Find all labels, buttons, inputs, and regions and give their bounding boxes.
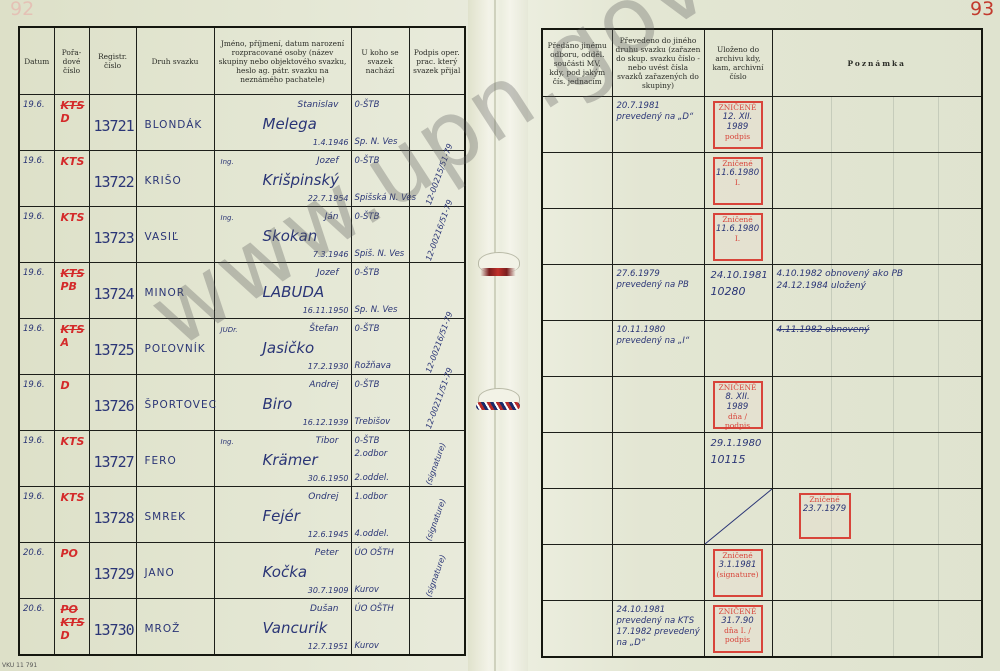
cell-note bbox=[772, 601, 982, 658]
cell-reg: 13721 bbox=[89, 95, 136, 151]
register-row: 20.6. PO 13729 JANO Peter Kočka 30.7.190… bbox=[19, 543, 465, 599]
officer-signature: 12-00216/51-79 bbox=[424, 198, 455, 262]
stamp-sub: I. bbox=[715, 178, 761, 187]
cell-date: 19.6. bbox=[19, 263, 54, 319]
cell-person: JUDr. Štefan Jasičko 17.2.1930 bbox=[214, 319, 351, 375]
person-birth-date: 30.7.1909 bbox=[308, 586, 349, 595]
person-birth-date: 12.6.1945 bbox=[308, 530, 349, 539]
cell-codename: SMREK bbox=[136, 487, 214, 543]
cell-signature: 12-00215/51-79 bbox=[409, 151, 465, 207]
register-row: 19.6. KTSPB 13724 MINOR Jozef LABUDA 16.… bbox=[19, 263, 465, 319]
cell-signature: (signature) bbox=[409, 431, 465, 487]
file-codename: BLONDÁK bbox=[145, 119, 203, 131]
cell-code: KTS bbox=[54, 151, 89, 207]
person-first-name: Dušan bbox=[310, 604, 339, 614]
person-first-name: Ondrej bbox=[308, 492, 338, 502]
cell-converted bbox=[612, 209, 704, 265]
holder-unit: 0-ŠTB bbox=[355, 212, 380, 222]
cell-person: Ondrej Fejér 12.6.1945 bbox=[214, 487, 351, 543]
cell-archive: 24.10.1981 10280 bbox=[704, 265, 772, 321]
print-mark: VKU 11 791 bbox=[2, 662, 37, 669]
header-poradove-cislo: Pořa-dové číslo bbox=[54, 27, 89, 95]
person-first-name: Tibor bbox=[316, 436, 339, 446]
stamp-date: 3.1.1981 bbox=[715, 560, 761, 570]
stamp-sub: dňa / podpis bbox=[715, 412, 761, 430]
cell-reg: 13724 bbox=[89, 263, 136, 319]
cell-date: 19.6. bbox=[19, 151, 54, 207]
register-row: 20.6. POKTSD 13730 MROŽ Dušan Vancurik 1… bbox=[19, 599, 465, 656]
cell-note: Zničené 23.7.1979 bbox=[772, 489, 982, 545]
cell-reg: 13725 bbox=[89, 319, 136, 375]
registration-number: 13723 bbox=[94, 229, 134, 247]
cell-code: KTSA bbox=[54, 319, 89, 375]
file-codename: MINOR bbox=[145, 287, 186, 299]
stamp-label: ZNIČENÉ bbox=[715, 383, 761, 392]
entry-date: 19.6. bbox=[23, 436, 45, 446]
left-page-number: 92 bbox=[10, 0, 34, 20]
file-codename: VASIĽ bbox=[145, 231, 179, 243]
cell-reg: 13729 bbox=[89, 543, 136, 599]
person-first-name: Peter bbox=[315, 548, 339, 558]
archive-number: 10280 bbox=[711, 285, 746, 298]
note-line: 4.10.1982 obnovený ako PB bbox=[777, 269, 904, 279]
case-type-code: PO bbox=[61, 603, 85, 616]
cell-handed-over bbox=[542, 433, 612, 489]
cell-holder: 0-ŠTB Rožňava bbox=[351, 319, 409, 375]
entry-date: 19.6. bbox=[23, 100, 45, 110]
entry-date: 19.6. bbox=[23, 380, 45, 390]
entry-date: 20.6. bbox=[23, 548, 45, 558]
cell-archive bbox=[704, 489, 772, 545]
holder-unit: 0-ŠTB bbox=[355, 436, 380, 446]
cell-converted bbox=[612, 489, 704, 545]
holder-subunit: 2.odbor bbox=[355, 449, 388, 459]
cell-codename: JANO bbox=[136, 543, 214, 599]
cell-archive: ZNIČENÉ 12. XII. 1989 podpis bbox=[704, 97, 772, 153]
cell-converted: 20.7.1981 prevedený na „D“ bbox=[612, 97, 704, 153]
cell-signature: 12-00211/51-79 bbox=[409, 375, 465, 431]
case-type-code: KTS bbox=[61, 435, 85, 448]
cell-converted bbox=[612, 433, 704, 489]
cell-archive: ZNIČENÉ 8. XII. 1989 dňa / podpis bbox=[704, 377, 772, 433]
person-surname: Krišpinský bbox=[263, 171, 340, 189]
person-first-name: Jozef bbox=[317, 156, 339, 166]
person-birth-date: 17.2.1930 bbox=[308, 362, 349, 371]
cell-archive: Zničené 11.6.1980 I. bbox=[704, 209, 772, 265]
case-type: D bbox=[61, 379, 70, 392]
cell-date: 19.6. bbox=[19, 319, 54, 375]
register-row-continued: 20.7.1981 prevedený na „D“ ZNIČENÉ 12. X… bbox=[542, 97, 982, 153]
destroyed-stamp: Zničené 3.1.1981 (signature) bbox=[713, 549, 763, 597]
stamp-label: Zničené bbox=[715, 551, 761, 560]
cell-date: 19.6. bbox=[19, 375, 54, 431]
cell-note bbox=[772, 209, 982, 265]
register-row: 19.6. KTS 13722 KRIŠO Ing. Jozef Krišpin… bbox=[19, 151, 465, 207]
cell-note: 4.11.1982 obnovený bbox=[772, 321, 982, 377]
holder-location: Sp. N. Ves bbox=[355, 137, 398, 147]
register-row-continued: 10.11.1980 prevedený na „I“ 4.11.1982 ob… bbox=[542, 321, 982, 377]
destroyed-stamp: Zničené 11.6.1980 I. bbox=[713, 157, 763, 205]
person-surname: Skokan bbox=[263, 227, 318, 245]
holder-unit: 0-ŠTB bbox=[355, 324, 380, 334]
header-podpis: Podpis oper. prac. který svazek přijal bbox=[409, 27, 465, 95]
person-first-name: Andrej bbox=[309, 380, 338, 390]
cell-holder: 0-ŠTB Spiš. N. Ves bbox=[351, 207, 409, 263]
person-birth-date: 12.7.1951 bbox=[308, 642, 349, 651]
header-u-koho: U koho se svazek nachází bbox=[351, 27, 409, 95]
file-codename: MROŽ bbox=[145, 623, 181, 635]
cell-person: Ing. Tibor Krämer 30.6.1950 bbox=[214, 431, 351, 487]
register-row-continued: Zničené 3.1.1981 (signature) bbox=[542, 545, 982, 601]
note-line: 24.12.1984 uložený bbox=[777, 281, 866, 291]
cell-handed-over bbox=[542, 545, 612, 601]
person-surname: Jasičko bbox=[263, 339, 315, 357]
stamp-sub: I. bbox=[715, 234, 761, 243]
cell-holder: 0-ŠTB Sp. N. Ves bbox=[351, 263, 409, 319]
cell-converted: 27.6.1979 prevedený na PB bbox=[612, 265, 704, 321]
cell-code: KTS bbox=[54, 431, 89, 487]
register-row: 19.6. D 13726 ŠPORTOVEC Andrej Biro 16.1… bbox=[19, 375, 465, 431]
case-type-code: KTS bbox=[61, 211, 85, 224]
person-first-name: Ján bbox=[325, 212, 339, 222]
entry-date: 19.6. bbox=[23, 212, 45, 222]
case-type-code: D bbox=[61, 629, 85, 642]
cell-note bbox=[772, 433, 982, 489]
cell-signature: 12-00216/51-79 bbox=[409, 207, 465, 263]
person-title: Ing. bbox=[221, 438, 234, 446]
registration-number: 13725 bbox=[94, 341, 134, 359]
cell-reg: 13728 bbox=[89, 487, 136, 543]
register-row-continued: Zničené 11.6.1980 I. bbox=[542, 209, 982, 265]
cell-archive: 29.1.1980 10115 bbox=[704, 433, 772, 489]
cell-converted bbox=[612, 545, 704, 601]
holder-unit: ÚO OŠTH bbox=[355, 604, 394, 614]
register-row: 19.6. KTS 13727 FERO Ing. Tibor Krämer 3… bbox=[19, 431, 465, 487]
converted-text: 20.7.1981 prevedený na „D“ bbox=[617, 101, 703, 123]
holder-unit: 0-ŠTB bbox=[355, 380, 380, 390]
right-header-row: Předáno jinému odboru, odděl. součásti M… bbox=[542, 29, 982, 97]
header-predano: Předáno jinému odboru, odděl. součásti M… bbox=[542, 29, 612, 97]
stamp-label: Zničené bbox=[715, 215, 761, 224]
stamp-date: 12. XII. 1989 bbox=[715, 112, 761, 132]
case-type-code: D bbox=[61, 112, 85, 125]
person-birth-date: 30.6.1950 bbox=[308, 474, 349, 483]
cell-date: 19.6. bbox=[19, 207, 54, 263]
case-type: KTSA bbox=[61, 323, 85, 349]
file-codename: ŠPORTOVEC bbox=[145, 399, 217, 411]
person-first-name: Štefan bbox=[309, 324, 338, 334]
stamp-sub: dňa I. / podpis bbox=[715, 626, 761, 644]
cell-holder: 0-ŠTB Sp. N. Ves bbox=[351, 95, 409, 151]
cell-holder: 1.odbor 4.oddel. bbox=[351, 487, 409, 543]
person-title: JUDr. bbox=[221, 326, 238, 334]
holder-location: 2.oddel. bbox=[355, 473, 389, 483]
person-birth-date: 7.3.1946 bbox=[313, 250, 349, 259]
converted-text: 24.10.1981 prevedený na KTS 17.1982 prev… bbox=[617, 605, 703, 649]
holder-location: 4.oddel. bbox=[355, 529, 389, 539]
stamp-date: 31.7.90 bbox=[715, 616, 761, 626]
stamp-date: 23.7.1979 bbox=[801, 504, 849, 514]
holder-unit: ÚO OŠTH bbox=[355, 548, 394, 558]
officer-signature: (signature) bbox=[424, 442, 448, 487]
cell-date: 19.6. bbox=[19, 487, 54, 543]
cell-handed-over bbox=[542, 265, 612, 321]
destroyed-stamp: ZNIČENÉ 12. XII. 1989 podpis bbox=[713, 101, 763, 149]
cell-archive: Zničené 3.1.1981 (signature) bbox=[704, 545, 772, 601]
header-registr-cislo: Registr. číslo bbox=[89, 27, 136, 95]
person-birth-date: 16.11.1950 bbox=[303, 306, 349, 315]
cell-handed-over bbox=[542, 209, 612, 265]
holder-location: Trebišov bbox=[355, 417, 391, 427]
cell-signature bbox=[409, 263, 465, 319]
cell-handed-over bbox=[542, 97, 612, 153]
register-row-continued: Zničené 23.7.1979 bbox=[542, 489, 982, 545]
registration-number: 13728 bbox=[94, 509, 134, 527]
register-row-continued: 27.6.1979 prevedený na PB 24.10.1981 102… bbox=[542, 265, 982, 321]
cell-holder: ÚO OŠTH Kurov bbox=[351, 599, 409, 656]
stamp-label: Zničené bbox=[801, 495, 849, 504]
header-jmeno: Jméno, příjmení, datum narození rozpraco… bbox=[214, 27, 351, 95]
binding-thread-top bbox=[476, 268, 520, 276]
person-surname: Krämer bbox=[263, 451, 318, 469]
case-type-code: D bbox=[61, 379, 70, 392]
stamp-date: 11.6.1980 bbox=[715, 168, 761, 178]
case-type: KTS bbox=[61, 491, 85, 504]
case-type: KTSPB bbox=[61, 267, 85, 293]
cell-code: KTSPB bbox=[54, 263, 89, 319]
cell-codename: ŠPORTOVEC bbox=[136, 375, 214, 431]
person-birth-date: 1.4.1946 bbox=[313, 138, 349, 147]
case-type: KTSD bbox=[61, 99, 85, 125]
cell-holder: 0-ŠTB Spišská N. Ves bbox=[351, 151, 409, 207]
person-surname: Biro bbox=[263, 395, 293, 413]
cell-handed-over bbox=[542, 489, 612, 545]
cell-handed-over bbox=[542, 153, 612, 209]
cell-note bbox=[772, 153, 982, 209]
file-codename: KRIŠO bbox=[145, 175, 182, 187]
holder-unit: 0-ŠTB bbox=[355, 268, 380, 278]
cell-date: 20.6. bbox=[19, 599, 54, 656]
person-birth-date: 22.7.1954 bbox=[308, 194, 349, 203]
cell-date: 19.6. bbox=[19, 95, 54, 151]
case-type-code: KTS bbox=[61, 491, 85, 504]
holder-location: Spišská N. Ves bbox=[355, 193, 417, 203]
officer-signature: 12-00215/51-79 bbox=[424, 142, 455, 206]
binding-thread-bottom bbox=[476, 402, 520, 410]
cell-signature bbox=[409, 95, 465, 151]
page-fold bbox=[494, 0, 496, 671]
holder-location: Kurov bbox=[355, 641, 379, 651]
case-type: KTS bbox=[61, 211, 85, 224]
holder-location: Spiš. N. Ves bbox=[355, 249, 405, 259]
registration-number: 13727 bbox=[94, 453, 134, 471]
file-codename: POĽOVNÍK bbox=[145, 343, 206, 355]
cell-codename: MROŽ bbox=[136, 599, 214, 656]
note-struck: 4.11.1982 obnovený bbox=[777, 325, 870, 335]
register-row: 19.6. KTS 13723 VASIĽ Ing. Ján Skokan 7.… bbox=[19, 207, 465, 263]
cell-handed-over bbox=[542, 321, 612, 377]
cell-holder: 0-ŠTB Trebišov bbox=[351, 375, 409, 431]
cell-holder: ÚO OŠTH Kurov bbox=[351, 543, 409, 599]
register-row: 19.6. KTSA 13725 POĽOVNÍK JUDr. Štefan J… bbox=[19, 319, 465, 375]
archive-date: 24.10.1981 bbox=[711, 270, 768, 281]
stamp-label: Zničené bbox=[715, 159, 761, 168]
stamp-sub: (signature) bbox=[715, 570, 761, 579]
converted-text: 10.11.1980 prevedený na „I“ bbox=[617, 325, 703, 347]
person-surname: LABUDA bbox=[263, 283, 325, 301]
stamp-sub: podpis bbox=[715, 132, 761, 141]
cell-person: Dušan Vancurik 12.7.1951 bbox=[214, 599, 351, 656]
cell-signature: 12-00216/51-79 bbox=[409, 319, 465, 375]
officer-signature: (signature) bbox=[424, 554, 448, 599]
cell-handed-over bbox=[542, 377, 612, 433]
case-type-code: KTS bbox=[61, 155, 85, 168]
entry-date: 19.6. bbox=[23, 324, 45, 334]
header-druh-svazku: Druh svazku bbox=[136, 27, 214, 95]
cell-archive bbox=[704, 321, 772, 377]
file-codename: FERO bbox=[145, 455, 177, 467]
cell-code: KTS bbox=[54, 487, 89, 543]
right-page-number: 93 bbox=[970, 0, 994, 20]
case-type-code: A bbox=[61, 336, 85, 349]
destroyed-stamp: Zničené 23.7.1979 bbox=[799, 493, 851, 539]
officer-signature: 12-00216/51-79 bbox=[424, 310, 455, 374]
case-type-code: KTS bbox=[61, 99, 85, 112]
registration-number: 13724 bbox=[94, 285, 134, 303]
cell-reg: 13727 bbox=[89, 431, 136, 487]
entry-date: 20.6. bbox=[23, 604, 45, 614]
person-title: Ing. bbox=[221, 158, 234, 166]
holder-unit: 1.odbor bbox=[355, 492, 388, 502]
cell-archive: Zničené 11.6.1980 I. bbox=[704, 153, 772, 209]
registration-number: 13721 bbox=[94, 117, 134, 135]
entry-date: 19.6. bbox=[23, 156, 45, 166]
cell-person: Peter Kočka 30.7.1909 bbox=[214, 543, 351, 599]
cell-code: KTS bbox=[54, 207, 89, 263]
case-type-code: KTS bbox=[61, 267, 85, 280]
case-type-code: PO bbox=[61, 547, 78, 560]
person-first-name: Stanislav bbox=[298, 100, 339, 110]
cell-code: POKTSD bbox=[54, 599, 89, 656]
cell-codename: VASIĽ bbox=[136, 207, 214, 263]
cell-reg: 13722 bbox=[89, 151, 136, 207]
registration-number: 13730 bbox=[94, 621, 134, 639]
cell-reg: 13726 bbox=[89, 375, 136, 431]
entry-date: 19.6. bbox=[23, 268, 45, 278]
destroyed-stamp: ZNIČENÉ 8. XII. 1989 dňa / podpis bbox=[713, 381, 763, 429]
cell-code: KTSD bbox=[54, 95, 89, 151]
cell-person: Jozef LABUDA 16.11.1950 bbox=[214, 263, 351, 319]
person-first-name: Jozef bbox=[317, 268, 339, 278]
cell-converted bbox=[612, 377, 704, 433]
cell-codename: MINOR bbox=[136, 263, 214, 319]
cell-note bbox=[772, 97, 982, 153]
cell-converted: 10.11.1980 prevedený na „I“ bbox=[612, 321, 704, 377]
case-type-code: KTS bbox=[61, 616, 85, 629]
cell-converted: 24.10.1981 prevedený na KTS 17.1982 prev… bbox=[612, 601, 704, 658]
cell-reg: 13723 bbox=[89, 207, 136, 263]
registration-number: 13726 bbox=[94, 397, 134, 415]
right-register-table: Předáno jinému odboru, odděl. součásti M… bbox=[541, 28, 983, 658]
person-surname: Vancurik bbox=[263, 619, 328, 637]
crossed-out-line bbox=[705, 489, 772, 544]
holder-unit: 0-ŠTB bbox=[355, 100, 380, 110]
file-codename: JANO bbox=[145, 567, 175, 579]
person-surname: Fejér bbox=[263, 507, 300, 525]
stamp-date: 8. XII. 1989 bbox=[715, 392, 761, 412]
register-row-continued: ZNIČENÉ 8. XII. 1989 dňa / podpis bbox=[542, 377, 982, 433]
cell-codename: BLONDÁK bbox=[136, 95, 214, 151]
holder-unit: 0-ŠTB bbox=[355, 156, 380, 166]
cell-note: 4.10.1982 obnovený ako PB 24.12.1984 ulo… bbox=[772, 265, 982, 321]
holder-location: Rožňava bbox=[355, 361, 391, 371]
cell-codename: FERO bbox=[136, 431, 214, 487]
case-type-code: PB bbox=[61, 280, 85, 293]
archive-date: 29.1.1980 bbox=[711, 438, 762, 449]
cell-handed-over bbox=[542, 601, 612, 658]
person-surname: Melega bbox=[263, 115, 317, 133]
stamp-date: 11.6.1980 bbox=[715, 224, 761, 234]
holder-location: Sp. N. Ves bbox=[355, 305, 398, 315]
left-register-table: Datum Pořa-dové číslo Registr. číslo Dru… bbox=[18, 26, 466, 656]
header-datum: Datum bbox=[19, 27, 54, 95]
book-gutter bbox=[468, 0, 528, 671]
converted-text: 27.6.1979 prevedený na PB bbox=[617, 269, 703, 291]
cell-code: PO bbox=[54, 543, 89, 599]
case-type: PO bbox=[61, 547, 78, 560]
cell-code: D bbox=[54, 375, 89, 431]
cell-person: Ing. Jozef Krišpinský 22.7.1954 bbox=[214, 151, 351, 207]
cell-reg: 13730 bbox=[89, 599, 136, 656]
destroyed-stamp: ZNIČENÉ 31.7.90 dňa I. / podpis bbox=[713, 605, 763, 653]
cell-codename: KRIŠO bbox=[136, 151, 214, 207]
cell-date: 19.6. bbox=[19, 431, 54, 487]
stamp-label: ZNIČENÉ bbox=[715, 103, 761, 112]
header-poznamka: Poznámka bbox=[772, 29, 982, 97]
cell-signature: (signature) bbox=[409, 543, 465, 599]
cell-signature: (signature) bbox=[409, 487, 465, 543]
case-type: KTS bbox=[61, 435, 85, 448]
case-type: KTS bbox=[61, 155, 85, 168]
officer-signature: 12-00211/51-79 bbox=[424, 366, 455, 430]
register-row-continued: Zničené 11.6.1980 I. bbox=[542, 153, 982, 209]
cell-archive: ZNIČENÉ 31.7.90 dňa I. / podpis bbox=[704, 601, 772, 658]
person-title: Ing. bbox=[221, 214, 234, 222]
entry-date: 19.6. bbox=[23, 492, 45, 502]
destroyed-stamp: Zničené 11.6.1980 I. bbox=[713, 213, 763, 261]
register-row: 19.6. KTSD 13721 BLONDÁK Stanislav Meleg… bbox=[19, 95, 465, 151]
file-codename: SMREK bbox=[145, 511, 187, 523]
cell-note bbox=[772, 377, 982, 433]
stamp-label: ZNIČENÉ bbox=[715, 607, 761, 616]
register-row-continued: 24.10.1981 prevedený na KTS 17.1982 prev… bbox=[542, 601, 982, 658]
register-row: 19.6. KTS 13728 SMREK Ondrej Fejér 12.6.… bbox=[19, 487, 465, 543]
registration-number: 13729 bbox=[94, 565, 134, 583]
person-surname: Kočka bbox=[263, 563, 308, 581]
holder-location: Kurov bbox=[355, 585, 379, 595]
cell-holder: 0-ŠTB 2.odbor 2.oddel. bbox=[351, 431, 409, 487]
cell-converted bbox=[612, 153, 704, 209]
cell-date: 20.6. bbox=[19, 543, 54, 599]
cell-codename: POĽOVNÍK bbox=[136, 319, 214, 375]
cell-signature bbox=[409, 599, 465, 656]
cell-person: Ing. Ján Skokan 7.3.1946 bbox=[214, 207, 351, 263]
header-ulozeno: Uloženo do archivu kdy, kam, archivní čí… bbox=[704, 29, 772, 97]
archive-number: 10115 bbox=[711, 453, 746, 466]
cell-person: Stanislav Melega 1.4.1946 bbox=[214, 95, 351, 151]
left-header-row: Datum Pořa-dové číslo Registr. číslo Dru… bbox=[19, 27, 465, 95]
header-prevedeno: Převedeno do jiného druhu svazku (zařaze… bbox=[612, 29, 704, 97]
